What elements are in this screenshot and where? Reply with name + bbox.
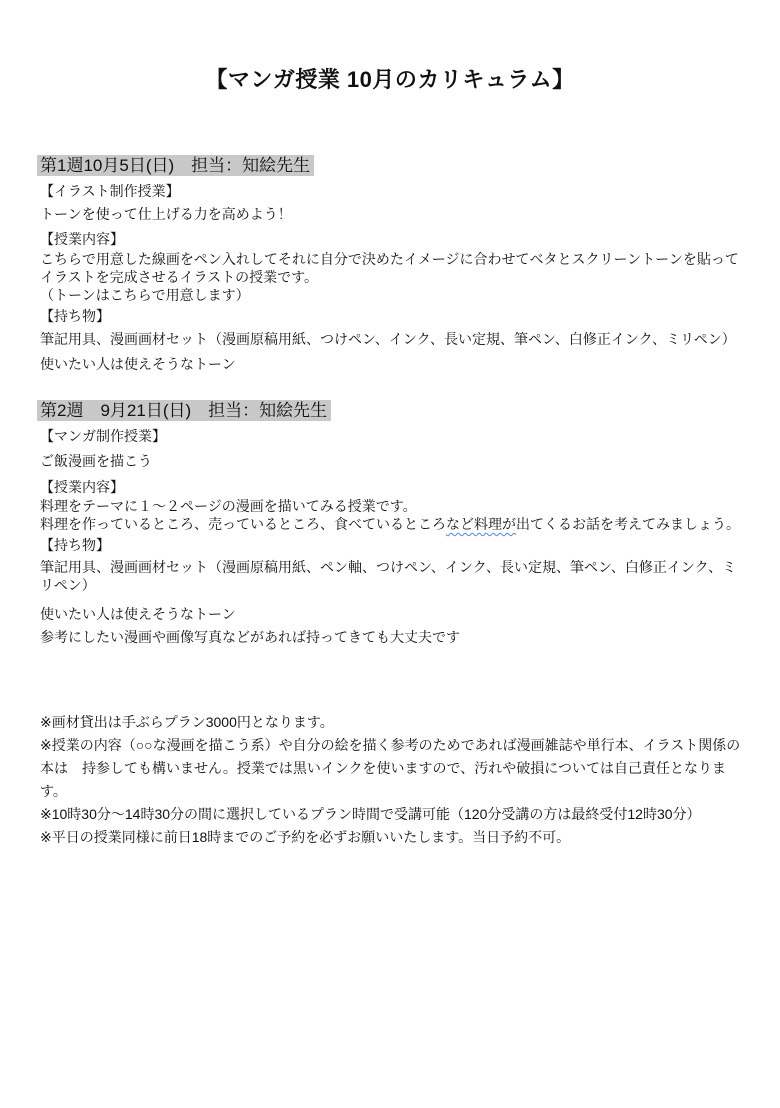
week2-content-line2-pre: 料理を作っているところ、売っているところ、食べているところ (40, 516, 446, 532)
week2-content-label: 【授業内容】 (40, 478, 746, 496)
week2-class-type-label: 【マンガ制作授業】 (40, 427, 746, 445)
week1-items-text: 筆記用具、漫画画材セット（漫画原稿用紙、つけペン、インク、長い定規、筆ペン、白修… (40, 330, 746, 348)
week1-items-extra: 使いたい人は使えそうなトーン (40, 355, 746, 373)
week2-items-extra2: 参考にしたい漫画や画像写真などがあれば持ってきても大丈夫です (40, 628, 746, 646)
week2-heading: 第2週 9月21日(日) 担当：知絵先生 (37, 400, 331, 421)
week2-section: 第2週 9月21日(日) 担当：知絵先生 【マンガ制作授業】 ご飯漫画を描こう … (40, 400, 746, 646)
week1-content-note: （トーンはこちらで用意します） (40, 286, 746, 304)
note-bring-books: ※授業の内容（○○な漫画を描こう系）や自分の絵を描く参考のためであれば漫画雑誌や… (40, 734, 750, 803)
week1-class-type-label: 【イラスト制作授業】 (40, 182, 746, 200)
week2-items-text: 筆記用具、漫画画材セット（漫画原稿用紙、ペン軸、つけペン、インク、長い定規、筆ペ… (40, 558, 746, 594)
note-reservation: ※平日の授業同様に前日18時までのご予約を必ずお願いいたします。当日予約不可。 (40, 826, 750, 849)
note-time-plan: ※10時30分〜14時30分の間に選択しているプラン時間で受講可能（120分受講… (40, 803, 750, 826)
week1-items-label: 【持ち物】 (40, 307, 746, 325)
week1-content-text: こちらで用意した線画をペン入れしてそれに自分で決めたイメージに合わせてベタとスク… (40, 250, 746, 286)
document-page: 【マンガ授業 10月のカリキュラム】 第1週10月5日(日) 担当：知絵先生 【… (0, 0, 780, 1108)
week1-content-label: 【授業内容】 (40, 230, 746, 248)
week2-items-extra: 使いたい人は使えそうなトーン (40, 605, 746, 623)
week2-content-line1: 料理をテーマに１〜２ページの漫画を描いてみる授業です。 (40, 497, 746, 515)
week2-content-line2-post: 出てくるお話を考えてみましょう。 (516, 516, 740, 532)
footnotes-section: ※画材貸出は手ぶらプラン3000円となります。 ※授業の内容（○○な漫画を描こう… (40, 711, 750, 849)
week2-items-label: 【持ち物】 (40, 536, 746, 554)
week2-theme-text: ご飯漫画を描こう (40, 452, 746, 470)
spellcheck-marked-text: など料理が (446, 516, 516, 532)
document-title: 【マンガ授業 10月のカリキュラム】 (0, 64, 780, 96)
note-rental-plan: ※画材貸出は手ぶらプラン3000円となります。 (40, 711, 750, 734)
week1-heading: 第1週10月5日(日) 担当：知絵先生 (37, 155, 314, 176)
week2-content-line2: 料理を作っているところ、売っているところ、食べているところなど料理が出てくるお話… (40, 515, 746, 533)
week1-theme-text: トーンを使って仕上げる力を高めよう！ (40, 205, 746, 223)
week1-section: 第1週10月5日(日) 担当：知絵先生 【イラスト制作授業】 トーンを使って仕上… (40, 155, 746, 373)
